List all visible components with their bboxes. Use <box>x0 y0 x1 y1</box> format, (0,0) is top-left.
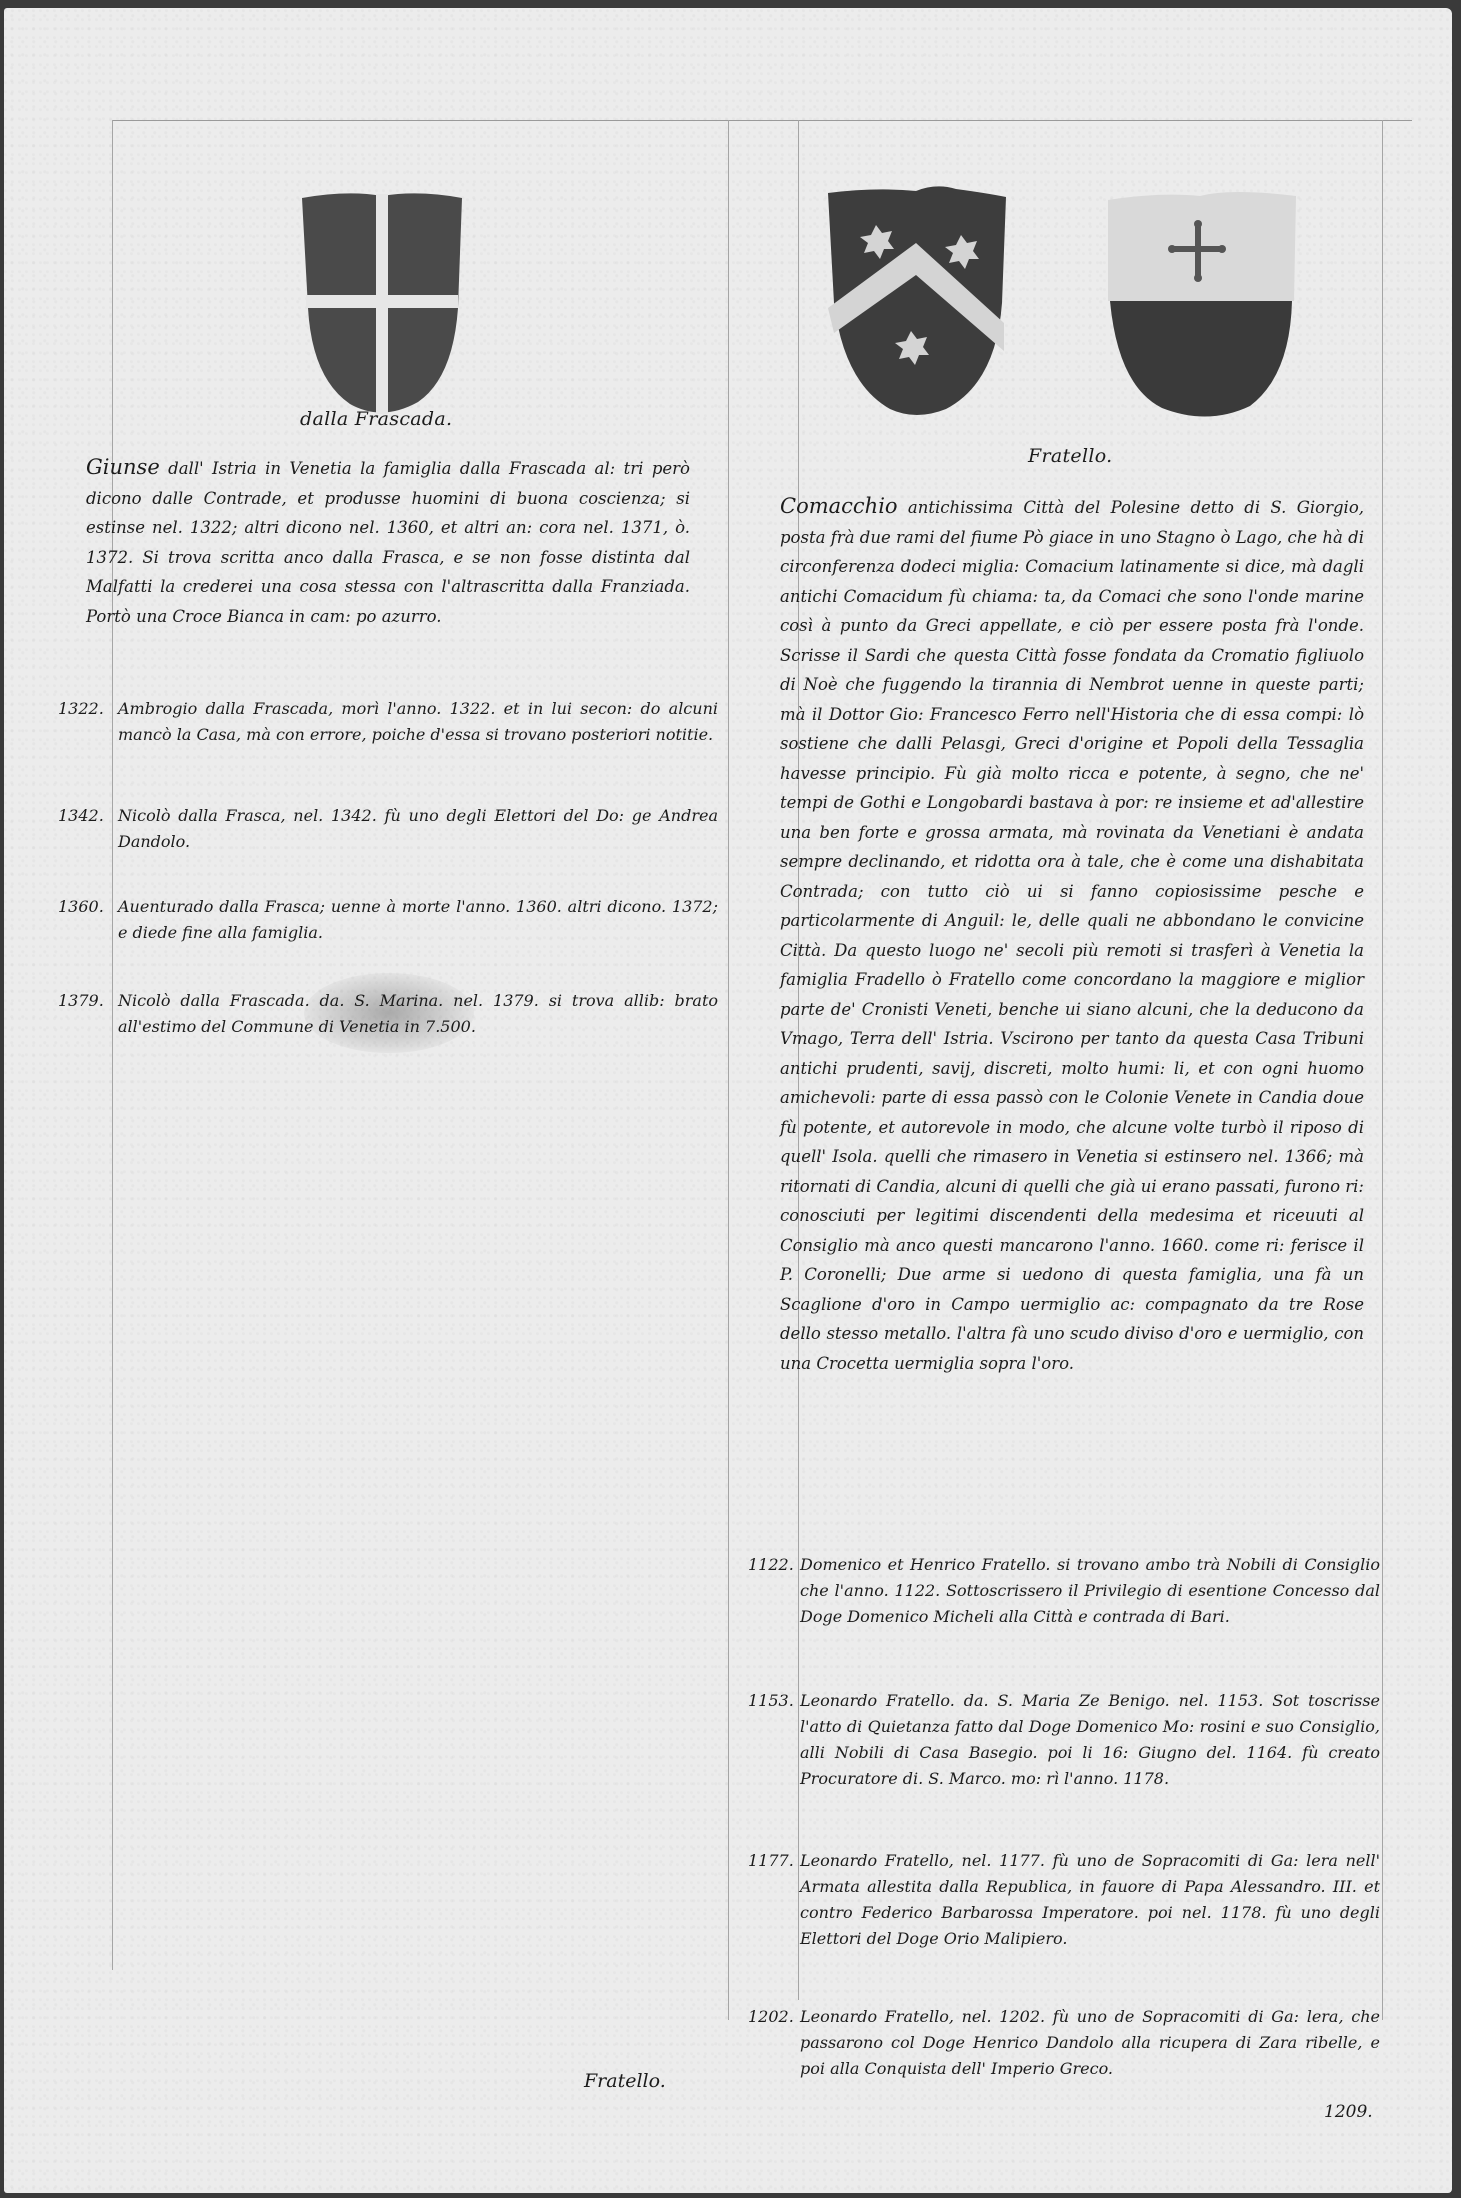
fratello-cross-coat-of-arms-icon <box>1100 186 1300 422</box>
left-margin-line <box>112 120 113 1970</box>
dalla-frascada-caption: dalla Frascada. <box>300 408 452 430</box>
entry-year: 1379. <box>58 988 104 1014</box>
top-ruling-line <box>112 120 1412 121</box>
entry-text: Nicolò dalla Frasca, nel. 1342. fù uno d… <box>118 803 718 855</box>
entry-text: Leonardo Fratello, nel. 1177. fù uno de … <box>800 1848 1380 1952</box>
column-divider-left <box>728 120 729 2020</box>
catchword: Fratello. <box>584 2070 666 2092</box>
dalla-frascada-coat-of-arms-icon <box>298 188 466 414</box>
entry-year: 1360. <box>58 894 104 920</box>
entry-text: Leonardo Fratello. da. S. Maria Ze Benig… <box>800 1688 1380 1792</box>
intro-first-word: Comacchio <box>780 494 898 518</box>
intro-text: dall' Istria in Venetia la famiglia dall… <box>86 459 690 626</box>
continuation-year: 1209. <box>1324 2102 1373 2122</box>
entry-year: 1177. <box>748 1848 794 1874</box>
entry-text: Auenturado dalla Frasca; uenne à morte l… <box>118 894 718 946</box>
fratello-intro: Comacchio antichissima Città del Polesin… <box>780 492 1364 1378</box>
entry-year: 1342. <box>58 803 104 829</box>
entry-year: 1122. <box>748 1552 794 1578</box>
entry-text: Domenico et Henrico Fratello. si trovano… <box>800 1552 1380 1630</box>
fratello-heading: Fratello. <box>1028 445 1112 467</box>
dalla-frascada-intro: Giunse dall' Istria in Venetia la famigl… <box>86 453 690 631</box>
entry-year: 1322. <box>58 696 104 722</box>
fratello-chevron-coat-of-arms-icon <box>816 183 1016 423</box>
entry-year: 1153. <box>748 1688 794 1714</box>
entry-text: Ambrogio dalla Frascada, morì l'anno. 13… <box>118 696 718 748</box>
entry-text: Nicolò dalla Frascada. da. S. Marina. ne… <box>118 988 718 1040</box>
right-margin-line <box>1382 120 1383 2020</box>
entry-text: Leonardo Fratello, nel. 1202. fù uno de … <box>800 2004 1380 2082</box>
entry-year: 1202. <box>748 2004 794 2030</box>
intro-first-word: Giunse <box>86 455 160 479</box>
intro-text: antichissima Città del Polesine detto di… <box>780 498 1364 1373</box>
manuscript-page: dalla Frascada. Giunse dall' Istria in V… <box>4 8 1452 2193</box>
